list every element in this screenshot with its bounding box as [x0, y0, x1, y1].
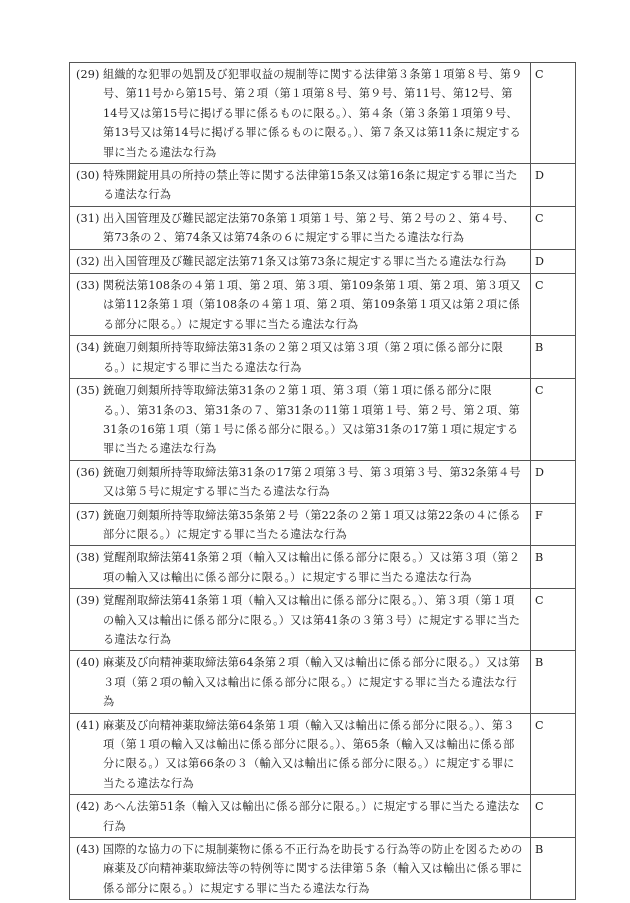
item-text: 覚醒剤取締法第41条第２項（輸入又は輸出に係る部分に限る。）又は第３項（第２項の… — [103, 551, 520, 583]
grade-value: B — [531, 838, 575, 899]
grade-value: B — [531, 336, 575, 378]
grade-value: F — [531, 504, 575, 546]
grade-value: C — [531, 207, 575, 249]
offense-description: (39)覚醒剤取締法第41条第１項（輸入又は輸出に係る部分に限る。）、第３項（第… — [70, 589, 531, 650]
offense-description: (41)麻薬及び向精神薬取締法第64条第１項（輸入又は輸出に係る部分に限る。）、… — [70, 714, 531, 795]
offense-description: (38)覚醒剤取締法第41条第２項（輸入又は輸出に係る部分に限る。）又は第３項（… — [70, 546, 531, 588]
item-number: (35) — [76, 381, 96, 400]
offense-description: (29)組織的な犯罪の処罰及び犯罪収益の規制等に関する法律第３条第１項第８号、第… — [70, 63, 531, 163]
table-row-41: (41)麻薬及び向精神薬取締法第64条第１項（輸入又は輸出に係る部分に限る。）、… — [70, 714, 575, 796]
grade-value: D — [531, 461, 575, 503]
item-number: (40) — [76, 653, 96, 672]
table-row-42: (42)あへん法第51条（輸入又は輸出に係る部分に限る。）に規定する罪に当たる違… — [70, 795, 575, 838]
grade-value: D — [531, 250, 575, 273]
item-number: (39) — [76, 591, 96, 610]
grade-value: C — [531, 714, 575, 795]
item-number: (37) — [76, 506, 96, 525]
table-row-29: (29)組織的な犯罪の処罰及び犯罪収益の規制等に関する法律第３条第１項第８号、第… — [70, 63, 575, 164]
offense-description: (34)銃砲刀剣類所持等取締法第31条の２第２項又は第３項（第２項に係る部分に限… — [70, 336, 531, 378]
grade-value: C — [531, 379, 575, 460]
item-text: 銃砲刀剣類所持等取締法第31条の２第１項、第３項（第１項に係る部分に限る。）、第… — [103, 384, 520, 455]
table-row-38: (38)覚醒剤取締法第41条第２項（輸入又は輸出に係る部分に限る。）又は第３項（… — [70, 546, 575, 589]
offense-description: (33)関税法第108条の４第１項、第２項、第３項、第109条第１項、第２項、第… — [70, 274, 531, 335]
table-row-37: (37)銃砲刀剣類所持等取締法第35条第２号（第22条の２第１項又は第22条の４… — [70, 504, 575, 547]
item-number: (43) — [76, 840, 96, 859]
item-text: 出入国管理及び難民認定法第70条第１項第１号、第２号、第２号の２、第４号、第73… — [103, 212, 514, 244]
item-number: (38) — [76, 548, 96, 567]
offense-description: (31)出入国管理及び難民認定法第70条第１項第１号、第２号、第２号の２、第４号… — [70, 207, 531, 249]
grade-value: B — [531, 651, 575, 712]
table-row-32: (32)出入国管理及び難民認定法第71条又は第73条に規定する罪に当たる違法な行… — [70, 250, 575, 274]
grade-value: C — [531, 589, 575, 650]
item-text: あへん法第51条（輸入又は輸出に係る部分に限る。）に規定する罪に当たる違法な行為 — [103, 800, 520, 832]
item-text: 銃砲刀剣類所持等取締法第35条第２号（第22条の２第１項又は第22条の４に係る部… — [103, 509, 521, 541]
table-row-33: (33)関税法第108条の４第１項、第２項、第３項、第109条第１項、第２項、第… — [70, 274, 575, 336]
table-row-35: (35)銃砲刀剣類所持等取締法第31条の２第１項、第３項（第１項に係る部分に限る… — [70, 379, 575, 461]
item-number: (41) — [76, 716, 96, 735]
grade-value: B — [531, 546, 575, 588]
item-number: (42) — [76, 797, 96, 816]
offense-description: (42)あへん法第51条（輸入又は輸出に係る部分に限る。）に規定する罪に当たる違… — [70, 795, 531, 837]
offense-description: (40)麻薬及び向精神薬取締法第64条第２項（輸入又は輸出に係る部分に限る。）又… — [70, 651, 531, 712]
item-text: 組織的な犯罪の処罰及び犯罪収益の規制等に関する法律第３条第１項第８号、第９号、第… — [103, 68, 523, 159]
item-text: 特殊開錠用具の所持の禁止等に関する法律第15条又は第16条に規定する罪に当たる違… — [103, 169, 518, 201]
offense-description: (32)出入国管理及び難民認定法第71条又は第73条に規定する罪に当たる違法な行… — [70, 250, 531, 273]
table-row-30: (30)特殊開錠用具の所持の禁止等に関する法律第15条又は第16条に規定する罪に… — [70, 164, 575, 207]
item-number: (36) — [76, 463, 96, 482]
offense-description: (37)銃砲刀剣類所持等取締法第35条第２号（第22条の２第１項又は第22条の４… — [70, 504, 531, 546]
offense-description: (30)特殊開錠用具の所持の禁止等に関する法律第15条又は第16条に規定する罪に… — [70, 164, 531, 206]
offense-classification-table: (29)組織的な犯罪の処罰及び犯罪収益の規制等に関する法律第３条第１項第８号、第… — [69, 62, 576, 900]
offense-description: (36)銃砲刀剣類所持等取締法第31条の17第２項第３号、第３項第３号、第32条… — [70, 461, 531, 503]
table-row-31: (31)出入国管理及び難民認定法第70条第１項第１号、第２号、第２号の２、第４号… — [70, 207, 575, 250]
grade-value: C — [531, 63, 575, 163]
item-text: 麻薬及び向精神薬取締法第64条第２項（輸入又は輸出に係る部分に限る。）又は第３項… — [103, 656, 520, 708]
table-row-36: (36)銃砲刀剣類所持等取締法第31条の17第２項第３号、第３項第３号、第32条… — [70, 461, 575, 504]
item-number: (30) — [76, 166, 96, 185]
offense-description: (43)国際的な協力の下に規制薬物に係る不正行為を助長する行為等の防止を図るため… — [70, 838, 531, 899]
offense-description: (35)銃砲刀剣類所持等取締法第31条の２第１項、第３項（第１項に係る部分に限る… — [70, 379, 531, 460]
item-text: 銃砲刀剣類所持等取締法第31条の17第２項第３号、第３項第３号、第32条第４号又… — [103, 466, 521, 498]
item-text: 麻薬及び向精神薬取締法第64条第１項（輸入又は輸出に係る部分に限る。）、第３項（… — [103, 719, 515, 790]
item-text: 関税法第108条の４第１項、第２項、第３項、第109条第１項、第２項、第３項又は… — [103, 279, 521, 331]
item-number: (33) — [76, 276, 96, 295]
table-row-40: (40)麻薬及び向精神薬取締法第64条第２項（輸入又は輸出に係る部分に限る。）又… — [70, 651, 575, 713]
item-number: (32) — [76, 252, 96, 271]
item-text: 覚醒剤取締法第41条第１項（輸入又は輸出に係る部分に限る。）、第３項（第１項の輸… — [103, 594, 520, 646]
item-number: (31) — [76, 209, 96, 228]
item-number: (34) — [76, 338, 96, 357]
item-text: 出入国管理及び難民認定法第71条又は第73条に規定する罪に当たる違法な行為 — [103, 255, 506, 268]
table-row-39: (39)覚醒剤取締法第41条第１項（輸入又は輸出に係る部分に限る。）、第３項（第… — [70, 589, 575, 651]
grade-value: C — [531, 274, 575, 335]
grade-value: D — [531, 164, 575, 206]
table-row-34: (34)銃砲刀剣類所持等取締法第31条の２第２項又は第３項（第２項に係る部分に限… — [70, 336, 575, 379]
item-text: 国際的な協力の下に規制薬物に係る不正行為を助長する行為等の防止を図るための麻薬及… — [103, 843, 523, 895]
item-number: (29) — [76, 65, 96, 84]
grade-value: C — [531, 795, 575, 837]
table-row-43: (43)国際的な協力の下に規制薬物に係る不正行為を助長する行為等の防止を図るため… — [70, 838, 575, 900]
item-text: 銃砲刀剣類所持等取締法第31条の２第２項又は第３項（第２項に係る部分に限る。）に… — [103, 341, 503, 373]
